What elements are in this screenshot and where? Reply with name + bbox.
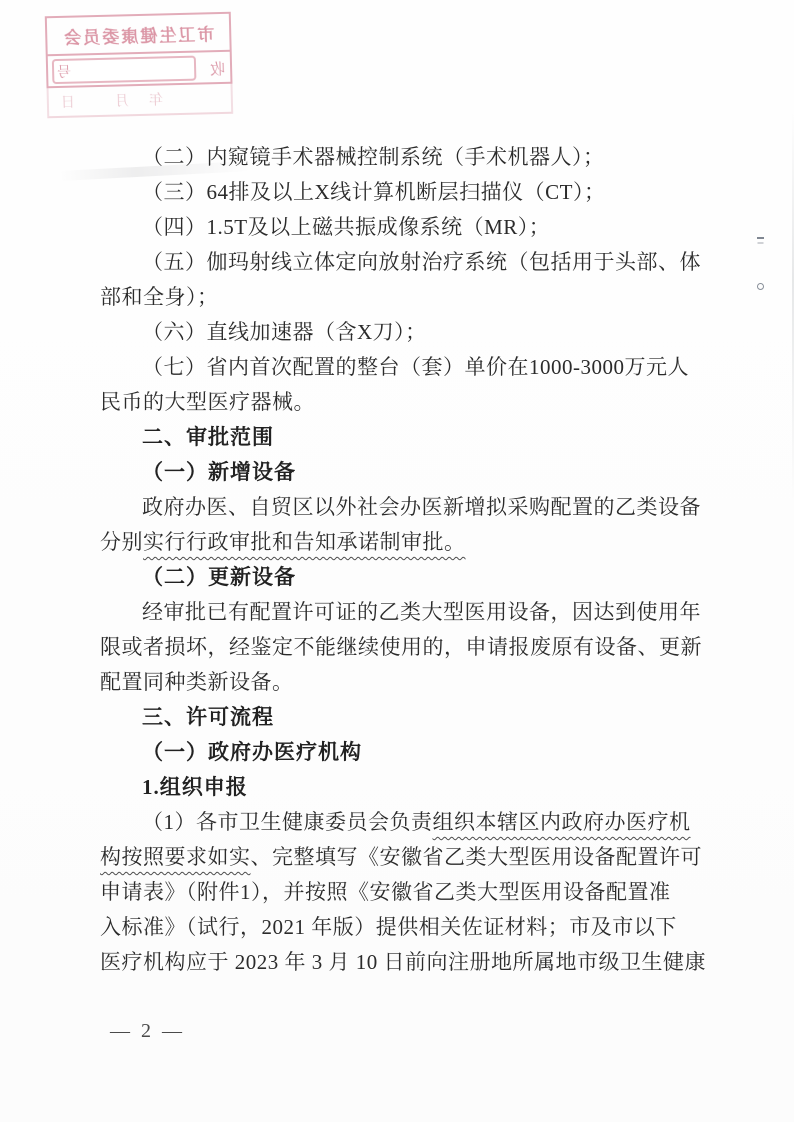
text-segment: 分别 <box>100 530 143 554</box>
page-number: — 2 — <box>110 1020 185 1043</box>
text-segment: 1.组织申报 <box>142 775 248 799</box>
text-line: 入标准》（试行，2021 年版）提供相关佐证材料；市及市以下 <box>100 910 700 945</box>
text-segment: （七）省内首次配置的整台（套）单价在1000-3000万元人 <box>142 355 689 379</box>
stamp-title-mirrored-text: 市卫生健康委员会 <box>47 14 230 54</box>
text-segment: 入标准》（试行，2021 年版）提供相关佐证材料；市及市以下 <box>100 915 677 939</box>
stamp-date-month: 月 <box>115 90 129 110</box>
scanned-document-page: 市卫生健康委员会 号 收 日 月 年 （二）内窥镜手术器械控制系统（手术机器人）… <box>0 0 794 1122</box>
text-line: （七）省内首次配置的整台（套）单价在1000-3000万元人 <box>100 350 700 385</box>
text-line: （二）内窥镜手术器械控制系统（手术机器人）； <box>100 140 700 175</box>
scan-artifact-ring <box>757 283 764 290</box>
text-line: 政府办医、自贸区以外社会办医新增拟采购配置的乙类设备 <box>100 490 700 525</box>
text-line: 部和全身）； <box>100 280 700 315</box>
stamp-number-label: 号 <box>57 62 71 82</box>
stamp-number-row: 号 收 <box>48 50 231 86</box>
text-segment: （一）新增设备 <box>142 460 296 484</box>
text-segment: 、完整填写《安徽省乙类大型医用设备配置许可 <box>251 845 703 869</box>
text-segment: （五）伽玛射线立体定向放射治疗系统（包括用于头部、体 <box>142 250 701 274</box>
text-line: 配置同种类新设备。 <box>100 665 700 700</box>
text-segment: 申请表》（附件1），并按照《安徽省乙类大型医用设备配置准 <box>100 880 671 904</box>
stamp-date-row: 日 月 年 <box>47 84 234 119</box>
text-line: （四）1.5T及以上磁共振成像系统（MR）； <box>100 210 700 245</box>
text-segment: 配置同种类新设备。 <box>100 670 294 694</box>
text-line: 分别实行行政审批和告知承诺制审批。 <box>100 525 700 560</box>
text-segment: 二、审批范围 <box>142 425 274 449</box>
stamp-number-box: 号 <box>52 56 197 85</box>
received-stamp: 市卫生健康委员会 号 收 日 月 年 <box>45 12 233 119</box>
heading-line: 二、审批范围 <box>100 420 700 455</box>
text-segment: 政府办医、自贸区以外社会办医新增拟采购配置的乙类设备 <box>142 495 701 519</box>
stamp-border-box: 市卫生健康委员会 号 收 <box>45 12 233 89</box>
text-segment: （六）直线加速器（含X刀）； <box>142 320 427 344</box>
text-segment: （二）更新设备 <box>142 565 296 589</box>
heading-line: 1.组织申报 <box>100 770 700 805</box>
underlined-text-segment: 实行行政审批和告知承诺制审批。 <box>143 530 466 554</box>
text-line: 申请表》（附件1），并按照《安徽省乙类大型医用设备配置准 <box>100 875 700 910</box>
text-segment: （二）内窥镜手术器械控制系统（手术机器人）； <box>142 145 605 169</box>
text-line: 经审批已有配置许可证的乙类大型医用设备，因达到使用年 <box>100 595 700 630</box>
stamp-date-year: 年 <box>149 89 163 109</box>
heading-line: （一）新增设备 <box>100 455 700 490</box>
text-line: 医疗机构应于 2023 年 3 月 10 日前向注册地所属地市级卫生健康 <box>100 945 700 980</box>
text-segment: 医疗机构应于 2023 年 3 月 10 日前向注册地所属地市级卫生健康 <box>100 950 706 974</box>
text-line: （1）各市卫生健康委员会负责组织本辖区内政府办医疗机 <box>100 805 700 840</box>
text-line: 民币的大型医疗器械。 <box>100 385 700 420</box>
document-lines: （二）内窥镜手术器械控制系统（手术机器人）；（三）64排及以上X线计算机断层扫描… <box>100 140 700 980</box>
text-segment: 民币的大型医疗器械。 <box>100 390 315 414</box>
text-segment: 三、许可流程 <box>142 705 274 729</box>
heading-line: （一）政府办医疗机构 <box>100 735 700 770</box>
text-line: （三）64排及以上X线计算机断层扫描仪（CT）； <box>100 175 700 210</box>
heading-line: 三、许可流程 <box>100 700 700 735</box>
text-line: 限或者损坏，经鉴定不能继续使用的，申请报废原有设备、更新 <box>100 630 700 665</box>
text-segment: 部和全身）； <box>100 285 219 309</box>
heading-line: （二）更新设备 <box>100 560 700 595</box>
text-segment: （一）政府办医疗机构 <box>142 740 362 764</box>
stamp-date-day: 日 <box>61 92 75 112</box>
text-line: （五）伽玛射线立体定向放射治疗系统（包括用于头部、体 <box>100 245 700 280</box>
underlined-text-segment: 构按照要求如实 <box>100 845 251 869</box>
text-segment: 经审批已有配置许可证的乙类大型医用设备，因达到使用年 <box>142 600 701 624</box>
text-line: 构按照要求如实、完整填写《安徽省乙类大型医用设备配置许可 <box>100 840 700 875</box>
stamp-receive-char: 收 <box>210 58 226 79</box>
text-line: （六）直线加速器（含X刀）； <box>100 315 700 350</box>
text-segment: 限或者损坏，经鉴定不能继续使用的，申请报废原有设备、更新 <box>100 635 702 659</box>
text-segment: （1）各市卫生健康委员会负责 <box>142 810 433 834</box>
scan-artifact-bars <box>757 237 764 239</box>
text-segment: （四）1.5T及以上磁共振成像系统（MR）； <box>142 215 550 239</box>
text-segment: （三）64排及以上X线计算机断层扫描仪（CT）； <box>142 180 606 204</box>
underlined-text-segment: 组织本辖区内政府办医疗机 <box>433 810 691 834</box>
